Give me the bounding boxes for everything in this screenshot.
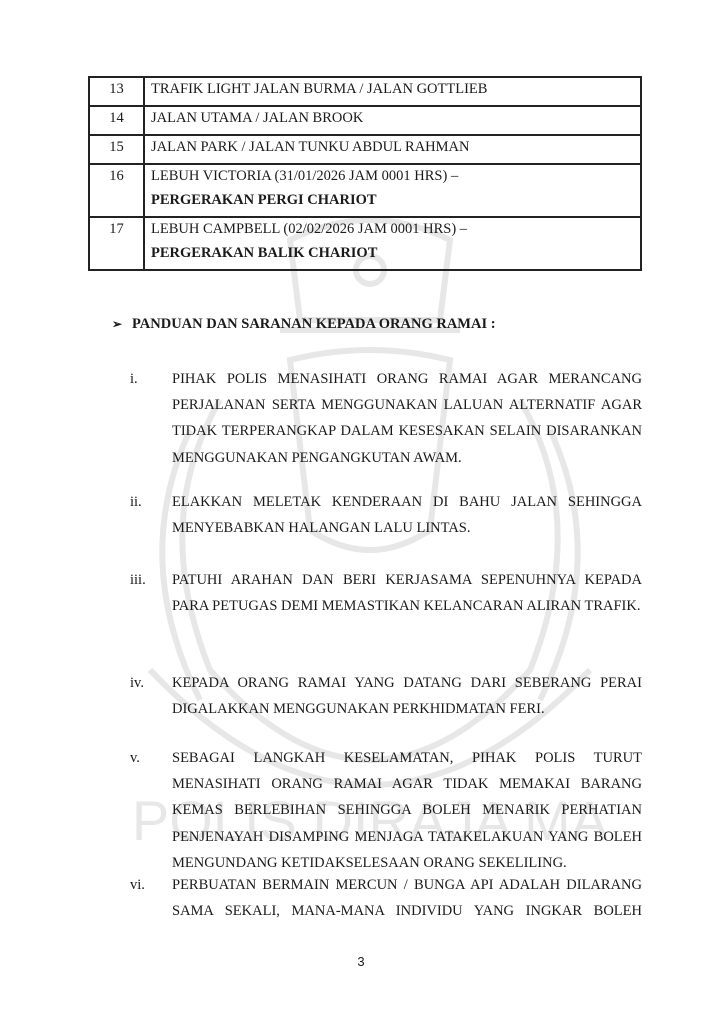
section-heading: ➢PANDUAN DAN SARANAN KEPADA ORANG RAMAI … (112, 316, 496, 333)
table-row: 13TRAFIK LIGHT JALAN BURMA / JALAN GOTTL… (89, 77, 641, 106)
advice-numeral: v. (130, 745, 170, 771)
route-description: LEBUH CAMPBELL (02/02/2026 JAM 0001 HRS)… (144, 217, 641, 270)
route-table: 13TRAFIK LIGHT JALAN BURMA / JALAN GOTTL… (88, 76, 642, 271)
table-row: 14JALAN UTAMA / JALAN BROOK (89, 106, 641, 135)
advice-text: SEBAGAI LANGKAH KESELAMATAN, PIHAK POLIS… (172, 745, 642, 876)
row-number: 13 (89, 77, 144, 106)
advice-numeral: iv. (130, 670, 170, 696)
advice-item: iv.KEPADA ORANG RAMAI YANG DATANG DARI S… (130, 670, 642, 722)
advice-item: vi.PERBUATAN BERMAIN MERCUN / BUNGA API … (130, 872, 642, 924)
advice-item: iii.PATUHI ARAHAN DAN BERI KERJASAMA SEP… (130, 567, 642, 619)
route-description: LEBUH VICTORIA (31/01/2026 JAM 0001 HRS)… (144, 164, 641, 217)
page-number: 3 (0, 954, 722, 969)
row-number: 17 (89, 217, 144, 270)
route-name: JALAN PARK / JALAN TUNKU ABDUL RAHMAN (151, 139, 470, 155)
section-title: PANDUAN DAN SARANAN KEPADA ORANG RAMAI : (132, 316, 496, 332)
advice-numeral: ii. (130, 489, 170, 515)
row-number: 14 (89, 106, 144, 135)
advice-numeral: i. (130, 366, 170, 392)
route-movement-note: PERGERAKAN PERGI CHARIOT (151, 192, 640, 209)
route-name: JALAN UTAMA / JALAN BROOK (151, 110, 363, 126)
advice-text: ELAKKAN MELETAK KENDERAAN DI BAHU JALAN … (172, 489, 642, 541)
advice-text: PERBUATAN BERMAIN MERCUN / BUNGA API ADA… (172, 872, 642, 924)
route-name: LEBUH VICTORIA (31/01/2026 JAM 0001 HRS)… (151, 168, 458, 184)
table-row: 16LEBUH VICTORIA (31/01/2026 JAM 0001 HR… (89, 164, 641, 217)
route-description: JALAN PARK / JALAN TUNKU ABDUL RAHMAN (144, 135, 641, 164)
advice-item: i.PIHAK POLIS MENASIHATI ORANG RAMAI AGA… (130, 366, 642, 471)
advice-text: PIHAK POLIS MENASIHATI ORANG RAMAI AGAR … (172, 366, 642, 471)
route-name: TRAFIK LIGHT JALAN BURMA / JALAN GOTTLIE… (151, 81, 487, 97)
row-number: 15 (89, 135, 144, 164)
route-name: LEBUH CAMPBELL (02/02/2026 JAM 0001 HRS)… (151, 221, 467, 237)
row-number: 16 (89, 164, 144, 217)
arrowhead-bullet-icon: ➢ (112, 317, 132, 332)
route-description: TRAFIK LIGHT JALAN BURMA / JALAN GOTTLIE… (144, 77, 641, 106)
advice-numeral: iii. (130, 567, 170, 593)
advice-item: v.SEBAGAI LANGKAH KESELAMATAN, PIHAK POL… (130, 745, 642, 876)
table-row: 15JALAN PARK / JALAN TUNKU ABDUL RAHMAN (89, 135, 641, 164)
route-movement-note: PERGERAKAN BALIK CHARIOT (151, 245, 640, 262)
advice-item: ii.ELAKKAN MELETAK KENDERAAN DI BAHU JAL… (130, 489, 642, 541)
advice-text: PATUHI ARAHAN DAN BERI KERJASAMA SEPENUH… (172, 567, 642, 619)
advice-text: KEPADA ORANG RAMAI YANG DATANG DARI SEBE… (172, 670, 642, 722)
table-row: 17LEBUH CAMPBELL (02/02/2026 JAM 0001 HR… (89, 217, 641, 270)
route-description: JALAN UTAMA / JALAN BROOK (144, 106, 641, 135)
advice-numeral: vi. (130, 872, 170, 898)
